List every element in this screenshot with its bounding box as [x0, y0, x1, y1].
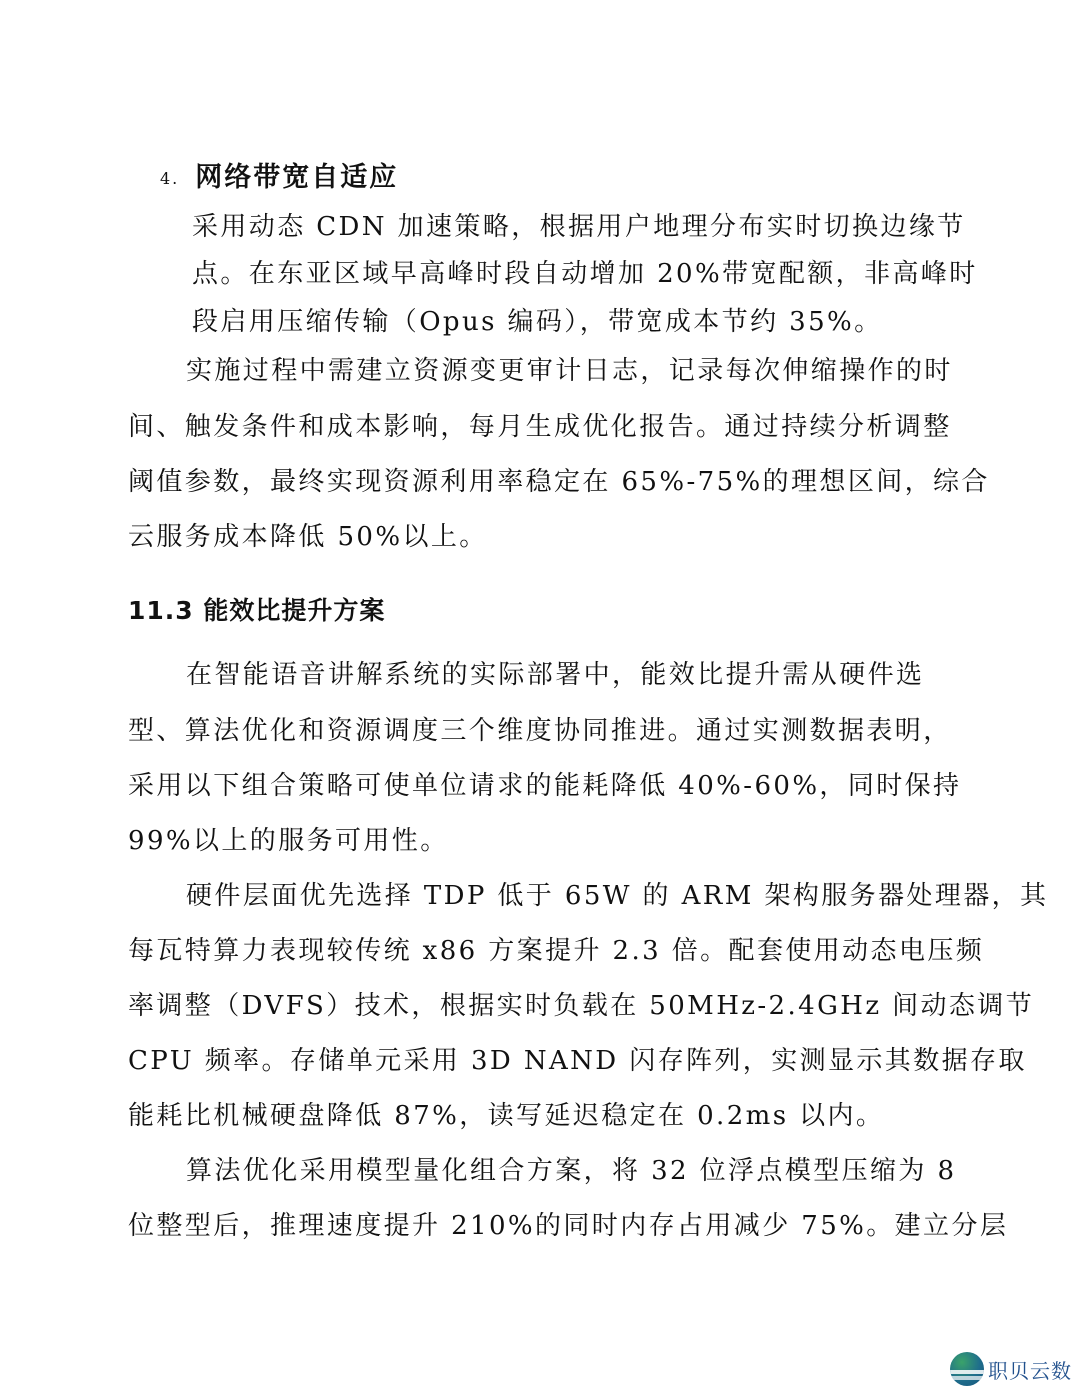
wave-globe-logo-icon [950, 1352, 984, 1386]
watermark-logo: 职贝云数 [950, 1352, 1072, 1386]
text-line: 实施过程中需建立资源变更审计日志，记录每次伸缩操作的时 [186, 354, 953, 388]
text-line: 算法优化采用模型量化组合方案，将 32 位浮点模型压缩为 8 [186, 1154, 956, 1188]
text-line: 在智能语音讲解系统的实际部署中，能效比提升需从硬件选 [186, 658, 924, 692]
text-line: 位整型后，推理速度提升 210%的同时内存占用减少 75%。建立分层 [128, 1209, 1008, 1243]
list-item-title: 网络带宽自适应 [195, 162, 398, 193]
list-number: 4. [160, 169, 179, 188]
text-line: 99%以上的服务可用性。 [128, 824, 449, 858]
section-heading: 11.3 能效比提升方案 [128, 594, 385, 628]
text-line: 硬件层面优先选择 TDP 低于 65W 的 ARM 架构服务器处理器，其 [186, 879, 1048, 913]
text-line: 率调整（DVFS）技术，根据实时负载在 50MHz-2.4GHz 间动态调节 [128, 989, 1034, 1023]
text-line: 云服务成本降低 50%以上。 [128, 520, 488, 554]
text-line: 点。在东亚区域早高峰时段自动增加 20%带宽配额，非高峰时 [192, 257, 978, 291]
text-line: 阈值参数，最终实现资源利用率稳定在 65%-75%的理想区间，综合 [128, 465, 990, 499]
text-line: 每瓦特算力表现较传统 x86 方案提升 2.3 倍。配套使用动态电压频 [128, 934, 984, 968]
list-item-heading: 4.网络带宽自适应 [160, 160, 398, 197]
text-line: 间、触发条件和成本影响，每月生成优化报告。通过持续分析调整 [128, 410, 952, 444]
text-line: 能耗比机械硬盘降低 87%，读写延迟稳定在 0.2ms 以内。 [128, 1099, 884, 1133]
text-line: 型、算法优化和资源调度三个维度协同推进。通过实测数据表明， [128, 714, 952, 748]
text-line: 采用以下组合策略可使单位请求的能耗降低 40%-60%，同时保持 [128, 769, 961, 803]
text-line: 段启用压缩传输（Opus 编码），带宽成本节约 35%。 [192, 305, 883, 339]
watermark-text: 职贝云数 [988, 1355, 1072, 1384]
text-line: 采用动态 CDN 加速策略，根据用户地理分布实时切换边缘节 [192, 210, 966, 244]
text-line: CPU 频率。存储单元采用 3D NAND 闪存阵列，实测显示其数据存取 [128, 1044, 1027, 1078]
